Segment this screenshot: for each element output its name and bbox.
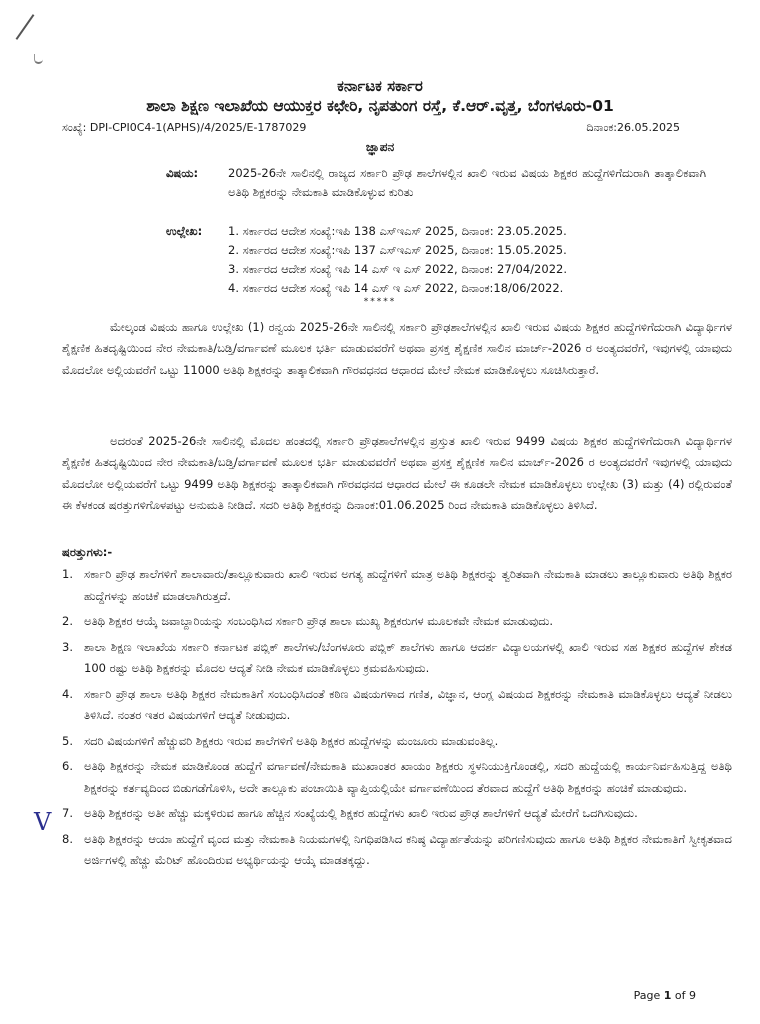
subject-label: ವಿಷಯ: [166, 164, 198, 183]
document-date: ದಿನಾಂಕ:26.05.2025 [586, 121, 680, 135]
page-number: Page 1 of 9 [634, 989, 696, 1002]
body-paragraph-2: ಅದರಂತೆ 2025-26ನೇ ಸಾಲಿನಲ್ಲಿ ಮೊದಲ ಹಂತದಲ್ಲಿ… [62, 431, 732, 517]
reference-item: 2. ಸರ್ಕಾರದ ಆದೇಶ ಸಂಖ್ಯೆ:ಇಪಿ 137 ಎಸ್‌ಇಎಸ್ … [228, 241, 706, 260]
subject-text: 2025-26ನೇ ಸಾಲಿನಲ್ಲಿ ರಾಜ್ಯದ ಸರ್ಕಾರಿ ಪ್ರೌಢ… [228, 164, 706, 202]
condition-text: ಅತಿಥಿ ಶಿಕ್ಷಕರ ಆಯ್ಕೆ ಜವಾಬ್ದಾರಿಯನ್ನು ಸಂಬಂಧ… [84, 611, 732, 633]
references-block: ಉಲ್ಲೇಖ: 1. ಸರ್ಕಾರದ ಆದೇಶ ಸಂಖ್ಯೆ:ಇಪಿ 138 ಎ… [166, 222, 706, 298]
condition-text: ಶಾಲಾ ಶಿಕ್ಷಣ ಇಲಾಖೆಯ ಸರ್ಕಾರಿ ಕರ್ನಾಟಕ ಪಬ್ಲಿ… [84, 637, 732, 680]
condition-text: ಅತಿಥಿ ಶಿಕ್ಷಕರನ್ನು ನೇಮಕ ಮಾಡಿಕೊಂಡ ಹುದ್ದೆಗೆ… [84, 756, 732, 799]
document-page: ಕರ್ನಾಟಕ ಸರ್ಕಾರ ಶಾಲಾ ಶಿಕ್ಷಣ ಇಲಾಖೆಯ ಆಯುಕ್ತ… [0, 0, 760, 1024]
condition-number: 4. [62, 684, 84, 727]
condition-text: ಸರ್ಕಾರಿ ಪ್ರೌಢ ಶಾಲೆಗಳಿಗೆ ಶಾಲಾವಾರು/ತಾಲ್ಲೂಕ… [84, 564, 732, 607]
condition-number: 5. [62, 731, 84, 753]
references-label: ಉಲ್ಲೇಖ: [166, 222, 202, 241]
condition-number: 3. [62, 637, 84, 680]
section-separator: ***** [0, 297, 760, 307]
pen-curve-mark [34, 54, 43, 64]
condition-item: 8.ಅತಿಥಿ ಶಿಕ್ಷಕರನ್ನು ಆಯಾ ಹುದ್ದೆಗೆ ವೃಂದ ಮತ… [62, 829, 732, 872]
condition-item: 1.ಸರ್ಕಾರಿ ಪ್ರೌಢ ಶಾಲೆಗಳಿಗೆ ಶಾಲಾವಾರು/ತಾಲ್ಲ… [62, 564, 732, 607]
page-of: of [671, 989, 689, 1002]
references-list: 1. ಸರ್ಕಾರದ ಆದೇಶ ಸಂಖ್ಯೆ:ಇಪಿ 138 ಎಸ್‌ಇಎಸ್ … [228, 222, 706, 298]
conditions-list: 1.ಸರ್ಕಾರಿ ಪ್ರೌಢ ಶಾಲೆಗಳಿಗೆ ಶಾಲಾವಾರು/ತಾಲ್ಲ… [62, 564, 732, 876]
condition-item: 5.ಸದರಿ ವಿಷಯಗಳಿಗೆ ಹೆಚ್ಚುವರಿ ಶಿಕ್ಷಕರು ಇರುವ… [62, 731, 732, 753]
condition-number: 6. [62, 756, 84, 799]
reference-number: ಸಂಖ್ಯೆ: DPI-CPI0C4-1(APHS)/4/2025/E-1787… [62, 121, 306, 135]
condition-number: 8. [62, 829, 84, 872]
page-prefix: Page [634, 989, 664, 1002]
page-total: 9 [689, 989, 696, 1002]
condition-item: 6.ಅತಿಥಿ ಶಿಕ್ಷಕರನ್ನು ನೇಮಕ ಮಾಡಿಕೊಂಡ ಹುದ್ದೆ… [62, 756, 732, 799]
condition-text: ಸರ್ಕಾರಿ ಪ್ರೌಢ ಶಾಲಾ ಅತಿಥಿ ಶಿಕ್ಷಕರ ನೇಮಕಾತಿ… [84, 684, 732, 727]
condition-text: ಅತಿಥಿ ಶಿಕ್ಷಕರನ್ನು ಆಯಾ ಹುದ್ದೆಗೆ ವೃಂದ ಮತ್ತ… [84, 829, 732, 872]
condition-number: 2. [62, 611, 84, 633]
government-title: ಕರ್ನಾಟಕ ಸರ್ಕಾರ [0, 77, 760, 95]
office-address: ಶಾಲಾ ಶಿಕ್ಷಣ ಇಲಾಖೆಯ ಆಯುಕ್ತರ ಕಛೇರಿ, ನೃಪತುಂ… [0, 97, 760, 116]
condition-item: 7.ಅತಿಥಿ ಶಿಕ್ಷಕರನ್ನು ಅತೀ ಹೆಚ್ಚು ಮಕ್ಕಳಿರುವ… [62, 803, 732, 825]
reference-item: 3. ಸರ್ಕಾರದ ಆದೇಶ ಸಂಖ್ಯೆ ಇಪಿ 14 ಎಸ್ ಇ ಎಸ್ … [228, 260, 706, 279]
condition-item: 4.ಸರ್ಕಾರಿ ಪ್ರೌಢ ಶಾಲಾ ಅತಿಥಿ ಶಿಕ್ಷಕರ ನೇಮಕಾ… [62, 684, 732, 727]
pen-stroke-mark [16, 14, 35, 40]
handwritten-tick-mark: V [34, 808, 51, 836]
reference-item: 4. ಸರ್ಕಾರದ ಆದೇಶ ಸಂಖ್ಯೆ ಇಪಿ 14 ಎಸ್ ಇ ಎಸ್ … [228, 279, 706, 298]
memo-title: ಜ್ಞಾಪನ [0, 140, 760, 155]
body-paragraph-1: ಮೇಲ್ಕಂಡ ವಿಷಯ ಹಾಗೂ ಉಲ್ಲೇಖ (1) ರನ್ವಯ 2025-… [62, 317, 732, 382]
subject-block: ವಿಷಯ: 2025-26ನೇ ಸಾಲಿನಲ್ಲಿ ರಾಜ್ಯದ ಸರ್ಕಾರಿ… [166, 164, 706, 202]
condition-number: 7. [62, 803, 84, 825]
conditions-heading: ಷರತ್ತುಗಳು:- [62, 545, 112, 560]
condition-number: 1. [62, 564, 84, 607]
condition-item: 2.ಅತಿಥಿ ಶಿಕ್ಷಕರ ಆಯ್ಕೆ ಜವಾಬ್ದಾರಿಯನ್ನು ಸಂಬ… [62, 611, 732, 633]
reference-item: 1. ಸರ್ಕಾರದ ಆದೇಶ ಸಂಖ್ಯೆ:ಇಪಿ 138 ಎಸ್‌ಇಎಸ್ … [228, 222, 706, 241]
condition-text: ಅತಿಥಿ ಶಿಕ್ಷಕರನ್ನು ಅತೀ ಹೆಚ್ಚು ಮಕ್ಕಳಿರುವ ಹ… [84, 803, 732, 825]
condition-text: ಸದರಿ ವಿಷಯಗಳಿಗೆ ಹೆಚ್ಚುವರಿ ಶಿಕ್ಷಕರು ಇರುವ ಶ… [84, 731, 732, 753]
condition-item: 3.ಶಾಲಾ ಶಿಕ್ಷಣ ಇಲಾಖೆಯ ಸರ್ಕಾರಿ ಕರ್ನಾಟಕ ಪಬ್… [62, 637, 732, 680]
